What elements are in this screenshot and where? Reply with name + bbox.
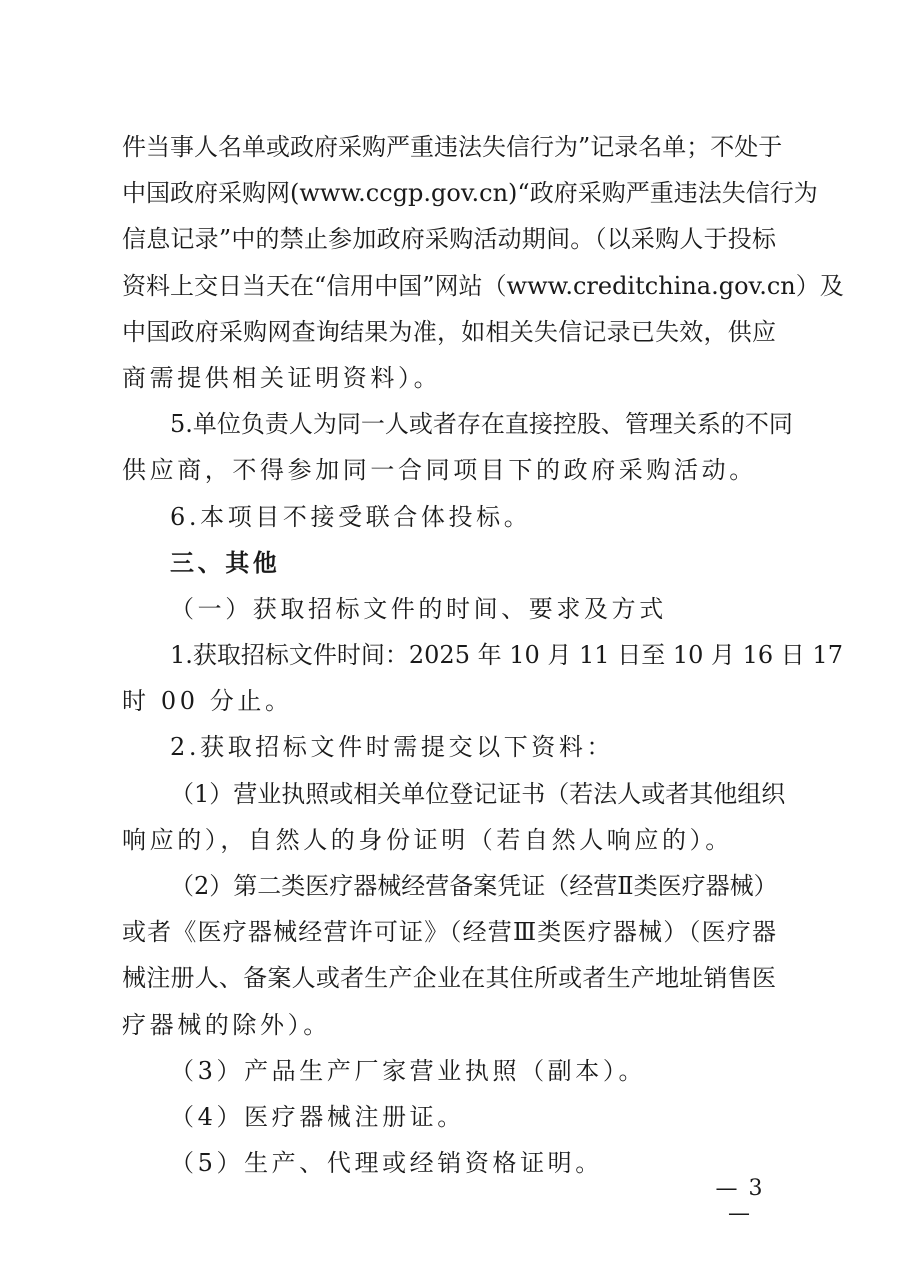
paragraph-line-3: 信息记录”中的禁止参加政府采购活动期间。（以采购人于投标 <box>122 216 776 262</box>
material-2-line-4: 疗器械的除外）。 <box>122 1002 776 1048</box>
material-3: （3）产品生产厂家营业执照（副本）。 <box>122 1048 776 1094</box>
material-1-line-2: 响应的），自然人的身份证明（若自然人响应的）。 <box>122 817 776 863</box>
paragraph-line-6: 商需提供相关证明资料）。 <box>122 355 776 401</box>
paragraph-line-5: 中国政府采购网查询结果为准，如相关失信记录已失效，供应 <box>122 309 776 355</box>
material-4: （4）医疗器械注册证。 <box>122 1094 776 1140</box>
page-number: — 3 — <box>700 1176 780 1226</box>
item-5-line-1: 5.单位负责人为同一人或者存在直接控股、管理关系的不同 <box>122 401 776 447</box>
obtain-time-line-2: 时 00 分止。 <box>122 678 776 724</box>
material-1-line-1: （1）营业执照或相关单位登记证书（若法人或者其他组织 <box>122 771 776 817</box>
material-2-line-1: （2）第二类医疗器械经营备案凭证（经营Ⅱ类医疗器械） <box>122 863 776 909</box>
paragraph-line-2: 中国政府采购网(www.ccgp.gov.cn)“政府采购严重违法失信行为 <box>122 170 776 216</box>
material-2-line-3: 械注册人、备案人或者生产企业在其住所或者生产地址销售医 <box>122 955 776 1001</box>
document-page-body: 件当事人名单或政府采购严重违法失信行为”记录名单；不处于 中国政府采购网(www… <box>122 124 776 1186</box>
paragraph-line-4: 资料上交日当天在“信用中国”网站（www.creditchina.gov.cn）… <box>122 263 776 309</box>
item-5-line-2: 供应商，不得参加同一合同项目下的政府采购活动。 <box>122 447 776 493</box>
subsection-heading-obtain-documents: （一）获取招标文件的时间、要求及方式 <box>122 586 776 632</box>
obtain-time-line-1: 1.获取招标文件时间：2025 年 10 月 11 日至 10 月 16 日 1… <box>122 632 776 678</box>
material-2-line-2: 或者《医疗器械经营许可证》（经营Ⅲ类医疗器械）（医疗器 <box>122 909 776 955</box>
required-materials-heading: 2.获取招标文件时需提交以下资料： <box>122 724 776 770</box>
material-5: （5）生产、代理或经销资格证明。 <box>122 1140 776 1186</box>
item-6: 6.本项目不接受联合体投标。 <box>122 494 776 540</box>
section-heading-other: 三、其他 <box>122 540 776 586</box>
paragraph-line-1: 件当事人名单或政府采购严重违法失信行为”记录名单；不处于 <box>122 124 776 170</box>
